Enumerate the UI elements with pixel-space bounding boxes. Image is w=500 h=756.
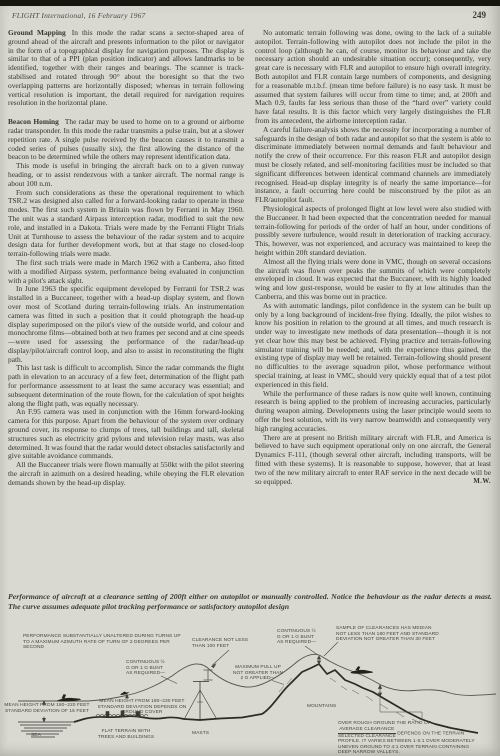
paragraph-ground-mapping: Ground MappingIn this mode the radar sca… <box>8 29 244 108</box>
section-heading: Beacon Homing <box>8 117 65 126</box>
sea-hatching <box>18 722 74 737</box>
paragraph: As with automatic landings, pilot confid… <box>255 302 491 390</box>
paragraph: While the performance of these radars is… <box>255 390 491 434</box>
paragraph: Physiological aspects of prolonged fligh… <box>255 205 491 258</box>
aircraft-icon <box>351 666 374 674</box>
magazine-page: FLIGHT International, 16 February 1967 2… <box>0 0 500 756</box>
label-clearance-ratio: Over rough ground the ratio of average c… <box>338 721 480 756</box>
mountain-hatching <box>279 678 420 723</box>
label-sea: Sea <box>31 733 41 739</box>
paragraph: Almost all the flying trials were done i… <box>255 258 491 302</box>
peak-clearance-marker <box>317 656 320 664</box>
paragraph: All the Buccaneer trials were flown manu… <box>8 461 244 487</box>
paragraph-final: There are at present no British military… <box>255 434 491 487</box>
paragraph-text: In this mode the radar scans a sector-sh… <box>8 29 244 107</box>
label-mountains: Mountains <box>307 704 336 710</box>
label-max-pull-up: Maximum pull up not greater than 2 g app… <box>232 665 284 682</box>
ratio-prefix: Over rough ground the ratio of <box>338 721 431 726</box>
page-header: FLIGHT International, 16 February 1967 2… <box>12 10 486 20</box>
aircraft-icon <box>57 694 81 701</box>
left-column: Ground MappingIn this mode the radar sca… <box>8 29 244 587</box>
ratio-denominator: selected clearance <box>338 734 396 739</box>
label-flat-terrain: Flat terrain with trees and buildings <box>97 729 155 740</box>
paragraph: This mode is useful in bringing the airc… <box>8 162 244 188</box>
label-mean-height-land: Mean height from 180–230 feet standard d… <box>92 699 192 716</box>
label-clearance-100ft: Clearance not less than 100 feet <box>192 638 254 649</box>
label-bunt-left: Continuous ½ g or 1 g bunt as required— <box>126 660 168 677</box>
paragraph: No automatic terrain following was done,… <box>255 29 491 126</box>
paragraph: This last task is difficult to accomplis… <box>8 364 244 408</box>
paragraph: The first such trials were made in March… <box>8 259 244 285</box>
label-clearance-sample: Sample of clearances has median not less… <box>336 626 440 643</box>
paragraph-beacon-homing: Beacon HomingThe radar may be used to ho… <box>8 118 244 162</box>
author-initials: M.W. <box>465 478 491 487</box>
label-bunt-right: Continuous ½ g or 1 g bunt as required— <box>277 629 317 646</box>
label-turn-performance: Performance substantially unaltered duri… <box>23 634 183 651</box>
ratio-fraction: average clearanceselected clearance <box>338 727 396 739</box>
paragraph: An F.95 camera was used in conjunction w… <box>8 408 244 461</box>
aircraft-icon <box>120 692 130 696</box>
page-number: 249 <box>473 10 487 20</box>
paragraph-text: There are at present no British military… <box>255 433 491 486</box>
right-column: No automatic terrain following was done,… <box>255 29 491 587</box>
paragraph: From such considerations as these the op… <box>8 189 244 259</box>
section-heading: Ground Mapping <box>8 29 72 37</box>
label-mean-height-sea: Mean height from 180–220 feet standard d… <box>4 703 90 714</box>
label-masts: Masts <box>192 731 209 737</box>
paragraph: A careful failure-analysis shows the nec… <box>255 126 491 205</box>
scan-edge-bar <box>0 0 500 6</box>
terrain-following-diagram: Performance substantially unaltered duri… <box>0 616 500 756</box>
paragraph: In June 1963 the specific equipment deve… <box>8 285 244 364</box>
article-body: Ground MappingIn this mode the radar sca… <box>8 29 492 587</box>
figure-caption: Performance of aircraft at a clearance s… <box>8 592 492 612</box>
journal-title: FLIGHT International, 16 February 1967 <box>12 11 146 20</box>
ratio-numerator: average clearance <box>338 727 396 734</box>
